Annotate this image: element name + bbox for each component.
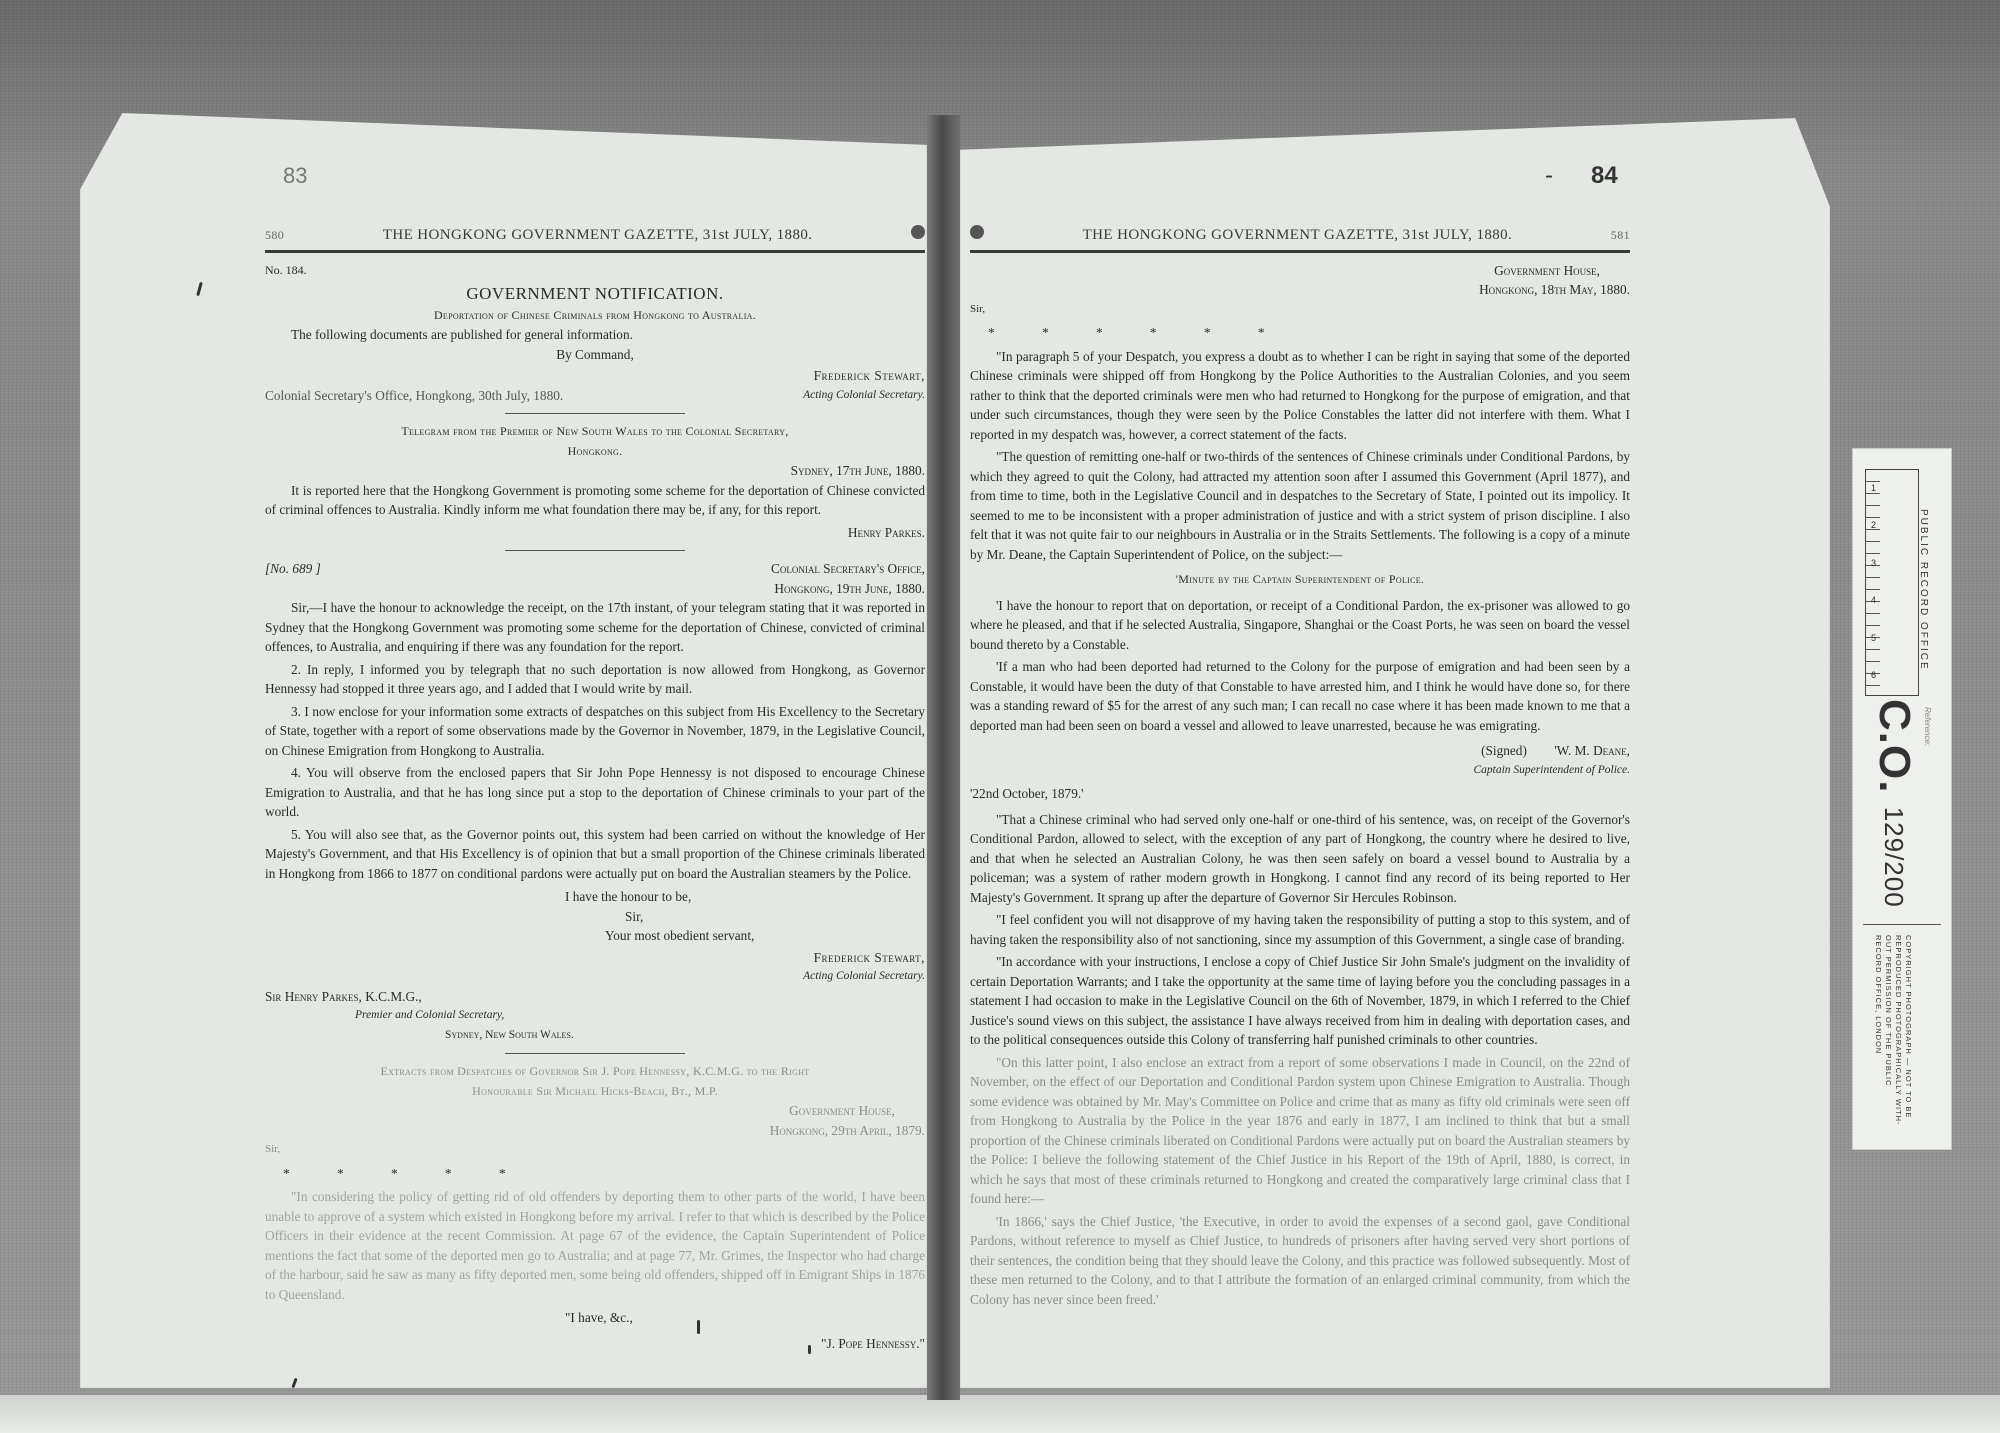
notification-intro: The following documents are published fo…	[265, 325, 925, 345]
letter-office: Colonial Secretary's Office,	[771, 559, 925, 579]
ellipsis-marks: * * * * *	[265, 1164, 925, 1184]
despatch-paragraph: "On this latter point, I also enclose an…	[970, 1053, 1630, 1209]
minute-paragraph: 'I have the honour to report that on dep…	[970, 596, 1630, 655]
telegram-signature: Henry Parkes.	[265, 523, 925, 543]
closing-line: Sir,	[265, 907, 925, 927]
letter-paragraph: 5. You will also see that, as the Govern…	[265, 825, 925, 884]
scan-speck	[808, 1345, 811, 1354]
telegram-heading-2: Hongkong.	[265, 442, 925, 462]
minute-role: Captain Superintendent of Police.	[970, 761, 1630, 781]
minute-date: '22nd October, 1879.'	[970, 784, 1630, 804]
extracts-place: Government House,	[265, 1101, 925, 1121]
reference-piece: 129/200	[1879, 807, 1909, 908]
addressee-name: Sir Henry Parkes, K.C.M.G.,	[265, 987, 925, 1007]
record-office-name: PUBLIC RECORD OFFICE	[1918, 509, 1929, 671]
left-folio: 580	[265, 226, 284, 246]
left-running-head: 580 THE HONGKONG GOVERNMENT GAZETTE, 31s…	[265, 225, 925, 253]
divider	[505, 413, 685, 414]
left-page-content: 580 THE HONGKONG GOVERNMENT GAZETTE, 31s…	[265, 225, 925, 1353]
ruler-mark: 4	[1871, 595, 1891, 605]
notification-dateline: Colonial Secretary's Office, Hongkong, 3…	[265, 386, 563, 406]
notification-heading: GOVERNMENT NOTIFICATION.	[265, 284, 925, 304]
punch-hole-icon	[970, 225, 984, 239]
ruler-mark: 5	[1871, 633, 1891, 643]
letter-addressee: Sir Henry Parkes, K.C.M.G., Premier and …	[265, 987, 925, 1046]
despatch-paragraph: "In accordance with your instructions, I…	[970, 952, 1630, 1050]
letter-number: [No. 689 ]	[265, 559, 321, 579]
minute-signature: (Signed) 'W. M. Deane,	[970, 741, 1630, 761]
signatory-name: Frederick Stewart,	[265, 948, 925, 968]
telegram-heading-1: Telegram from the Premier of New South W…	[265, 422, 925, 442]
document-reference: C.O. 129/200	[1869, 699, 1919, 908]
telegram-place-date: Sydney, 17th June, 1880.	[265, 461, 925, 481]
extracts-signature: "J. Pope Hennessy."	[265, 1334, 925, 1354]
ellipsis-marks: * * * * * *	[970, 323, 1630, 343]
reference-series: C.O.	[1870, 699, 1919, 793]
letter-paragraph: 3. I now enclose for your information so…	[265, 702, 925, 761]
letter-header: [No. 689 ] Colonial Secretary's Office,	[265, 559, 925, 579]
signatory-role: Acting Colonial Secretary.	[803, 386, 925, 406]
right-page-number-value: 84	[1591, 162, 1618, 189]
right-running-title: THE HONGKONG GOVERNMENT GAZETTE, 31st JU…	[1083, 226, 1513, 246]
despatch-paragraph: "That a Chinese criminal who had served …	[970, 810, 1630, 908]
despatch-salutation: Sir,	[970, 300, 1630, 320]
letter-closing: I have the honour to be, Sir, Your most …	[265, 887, 925, 946]
right-folio: 581	[1611, 226, 1630, 246]
extracts-heading-2: Honourable Sir Michael Hicks-Beach, Bt.,…	[265, 1082, 925, 1102]
ruler-mark: 1	[1871, 483, 1891, 493]
letter-paragraph: 2. In reply, I informed you by telegraph…	[265, 660, 925, 699]
left-running-title: THE HONGKONG GOVERNMENT GAZETTE, 31st JU…	[383, 226, 813, 246]
ruler-mark: 2	[1871, 520, 1891, 530]
chief-justice-quote: 'In 1866,' says the Chief Justice, 'the …	[970, 1212, 1630, 1310]
addressee-place: Sydney, New South Wales.	[265, 1026, 925, 1046]
left-page-number: 83	[283, 163, 307, 189]
letter-place-date: Hongkong, 19th June, 1880.	[265, 579, 925, 599]
minute-paragraph: 'If a man who had been deported had retu…	[970, 657, 1630, 735]
signatory-role: Acting Colonial Secretary.	[265, 967, 925, 987]
right-page-content: THE HONGKONG GOVERNMENT GAZETTE, 31st JU…	[970, 225, 1630, 1312]
divider	[505, 1053, 685, 1054]
ruler-mark: 3	[1871, 558, 1891, 568]
despatch-paragraph: "In paragraph 5 of your Despatch, you ex…	[970, 347, 1630, 445]
copyright-line: RECORD OFFICE, LONDON	[1873, 935, 1883, 1126]
scan-bottom-edge	[0, 1395, 2000, 1433]
notification-signatory: Frederick Stewart, Acting Colonial Secre…	[803, 366, 925, 405]
minute-heading: 'Minute by the Captain Superintendent of…	[970, 570, 1630, 590]
extracts-salutation: Sir,	[265, 1140, 925, 1160]
record-office-label: 1 2 3 4 5 6 PUBLIC RECORD OFFICE Referen…	[1852, 448, 1952, 1150]
notice-number: No. 184.	[265, 261, 925, 281]
closing-line: Your most obedient servant,	[265, 926, 925, 946]
extracts-body: "In considering the policy of getting ri…	[265, 1187, 925, 1304]
closing-line: I have the honour to be,	[265, 887, 925, 907]
letter-paragraph: 4. You will observe from the enclosed pa…	[265, 763, 925, 822]
punch-hole-icon	[911, 225, 925, 239]
despatch-paragraph: "The question of remitting one-half or t…	[970, 447, 1630, 564]
extracts-closing: "I have, &c.,	[265, 1308, 925, 1328]
scan-speck	[697, 1320, 700, 1334]
despatch-place: Government House,	[970, 261, 1630, 281]
extracts-heading-1: Extracts from Despatches of Governor Sir…	[265, 1062, 925, 1082]
despatch-paragraph: "I feel confident you will not disapprov…	[970, 910, 1630, 949]
right-page-number: -84	[1545, 162, 1618, 190]
signed-label: (Signed)	[1481, 743, 1527, 758]
reference-label: Reference:	[1923, 707, 1932, 746]
letter-paragraph: Sir,—I have the honour to acknowledge th…	[265, 598, 925, 657]
addressee-title: Premier and Colonial Secretary,	[265, 1006, 925, 1026]
letter-signatory: Frederick Stewart, Acting Colonial Secre…	[265, 948, 925, 987]
signatory-name: Frederick Stewart,	[803, 366, 925, 386]
copyright-line: COPYRIGHT PHOTOGRAPH — NOT TO BE	[1903, 935, 1913, 1126]
minute-signatory: 'W. M. Deane,	[1554, 743, 1630, 758]
copyright-notice: COPYRIGHT PHOTOGRAPH — NOT TO BE REPRODU…	[1863, 924, 1941, 1130]
notification-subheading: Deportation of Chinese Criminals from Ho…	[265, 306, 925, 326]
copyright-line: REPRODUCED PHOTOGRAPHICALLY WITH-	[1893, 935, 1903, 1126]
despatch-date: Hongkong, 18th May, 1880.	[970, 280, 1630, 300]
right-running-head: THE HONGKONG GOVERNMENT GAZETTE, 31st JU…	[970, 225, 1630, 253]
divider	[505, 550, 685, 551]
ruler-marks: 1 2 3 4 5 6	[1871, 469, 1891, 694]
ruler-mark: 6	[1871, 670, 1891, 680]
by-command: By Command,	[265, 345, 925, 365]
copyright-line: OUT PERMISSION OF THE PUBLIC	[1883, 935, 1893, 1126]
copyright-text: COPYRIGHT PHOTOGRAPH — NOT TO BE REPRODU…	[1873, 935, 1913, 1126]
notification-sign-row: Colonial Secretary's Office, Hongkong, 3…	[265, 364, 925, 405]
extracts-date: Hongkong, 29th April, 1879.	[265, 1121, 925, 1141]
telegram-body: It is reported here that the Hongkong Go…	[265, 481, 925, 520]
binding-spine	[927, 115, 960, 1400]
